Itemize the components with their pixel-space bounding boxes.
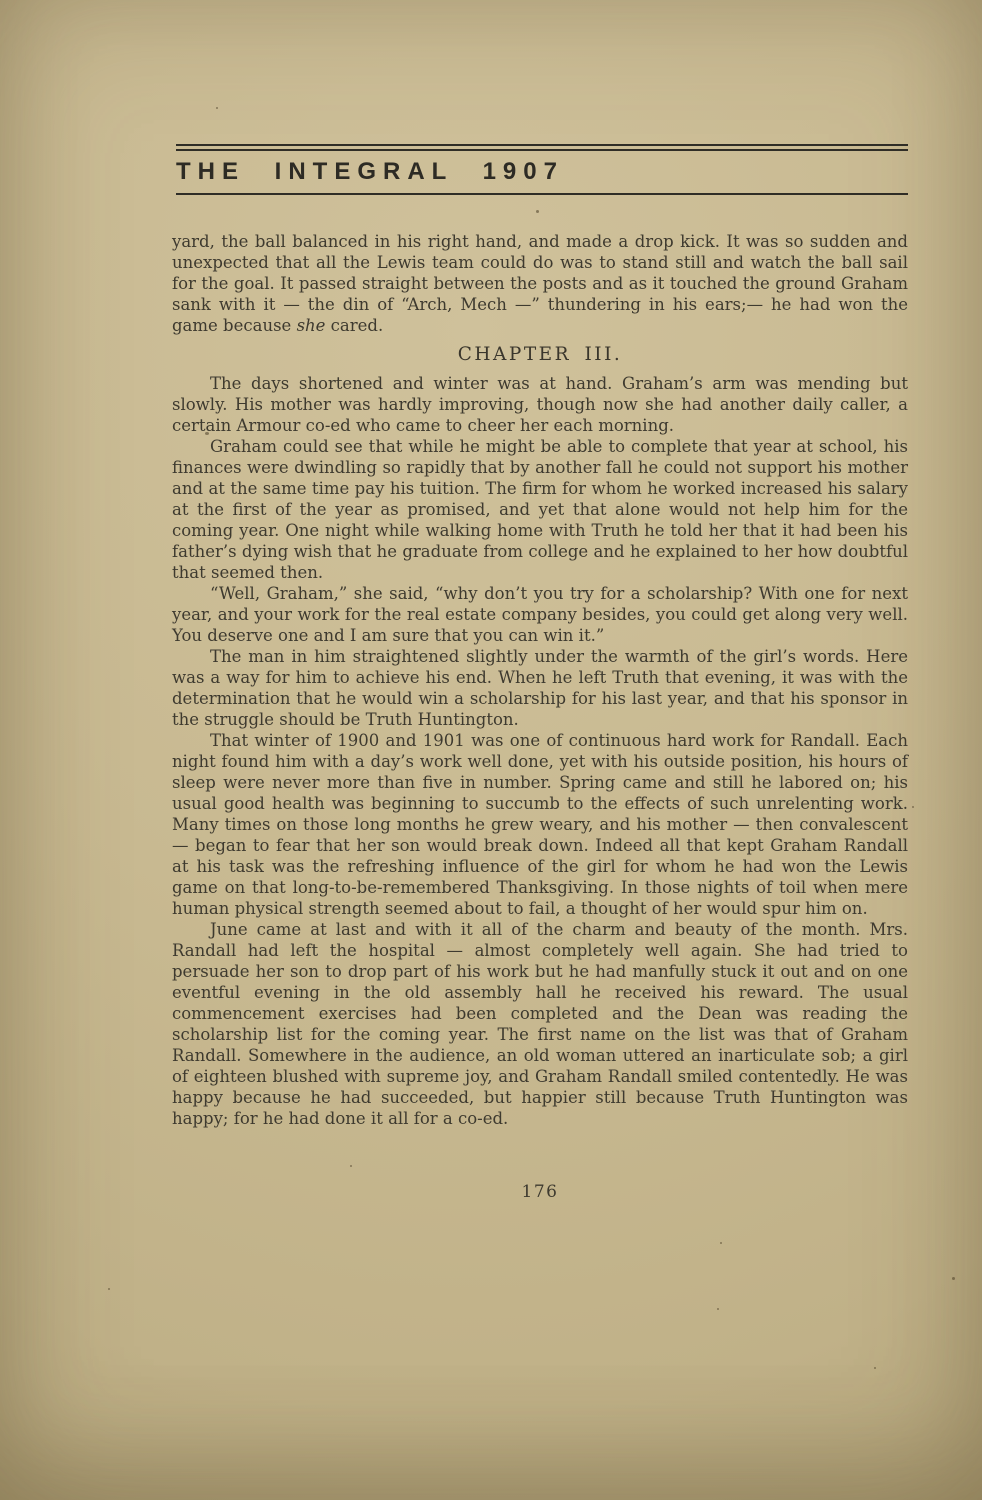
page-number: 176 [172,1182,908,1202]
header-rule [176,193,908,195]
paragraph: “Well, Graham,” she said, “why don’t you… [172,583,908,646]
paragraph: The days shortened and winter was at han… [172,373,908,436]
header-double-rule [176,144,908,151]
paper-speck [350,1165,352,1167]
chapter-heading: CHAPTER III. [172,344,908,365]
paper-speck [874,1367,876,1369]
book-page-scan: THE INTEGRAL 1907 yard, the ball balance… [0,0,982,1500]
paper-speck [912,806,914,808]
paper-speck [952,1277,955,1280]
paper-speck [536,210,539,213]
paragraph-text: yard, the ball balanced in his right han… [172,232,908,335]
paragraph-text: cared. [325,316,383,335]
paragraph: That winter of 1900 and 1901 was one of … [172,730,908,919]
paper-speck [720,1242,722,1244]
body-text: yard, the ball balanced in his right han… [172,231,908,1129]
paragraph-continuation: yard, the ball balanced in his right han… [172,231,908,336]
emphasized-word: she [297,316,326,335]
paper-speck [216,107,218,109]
paragraph: June came at last and with it all of the… [172,919,908,1129]
running-head: THE INTEGRAL 1907 [176,144,908,195]
paper-speck [108,1288,110,1290]
paragraph: The man in him straightened slightly und… [172,646,908,730]
paper-speck [717,1308,719,1310]
paragraph: Graham could see that while he might be … [172,436,908,583]
paper-speck [205,432,209,435]
page-title: THE INTEGRAL 1907 [176,160,908,184]
